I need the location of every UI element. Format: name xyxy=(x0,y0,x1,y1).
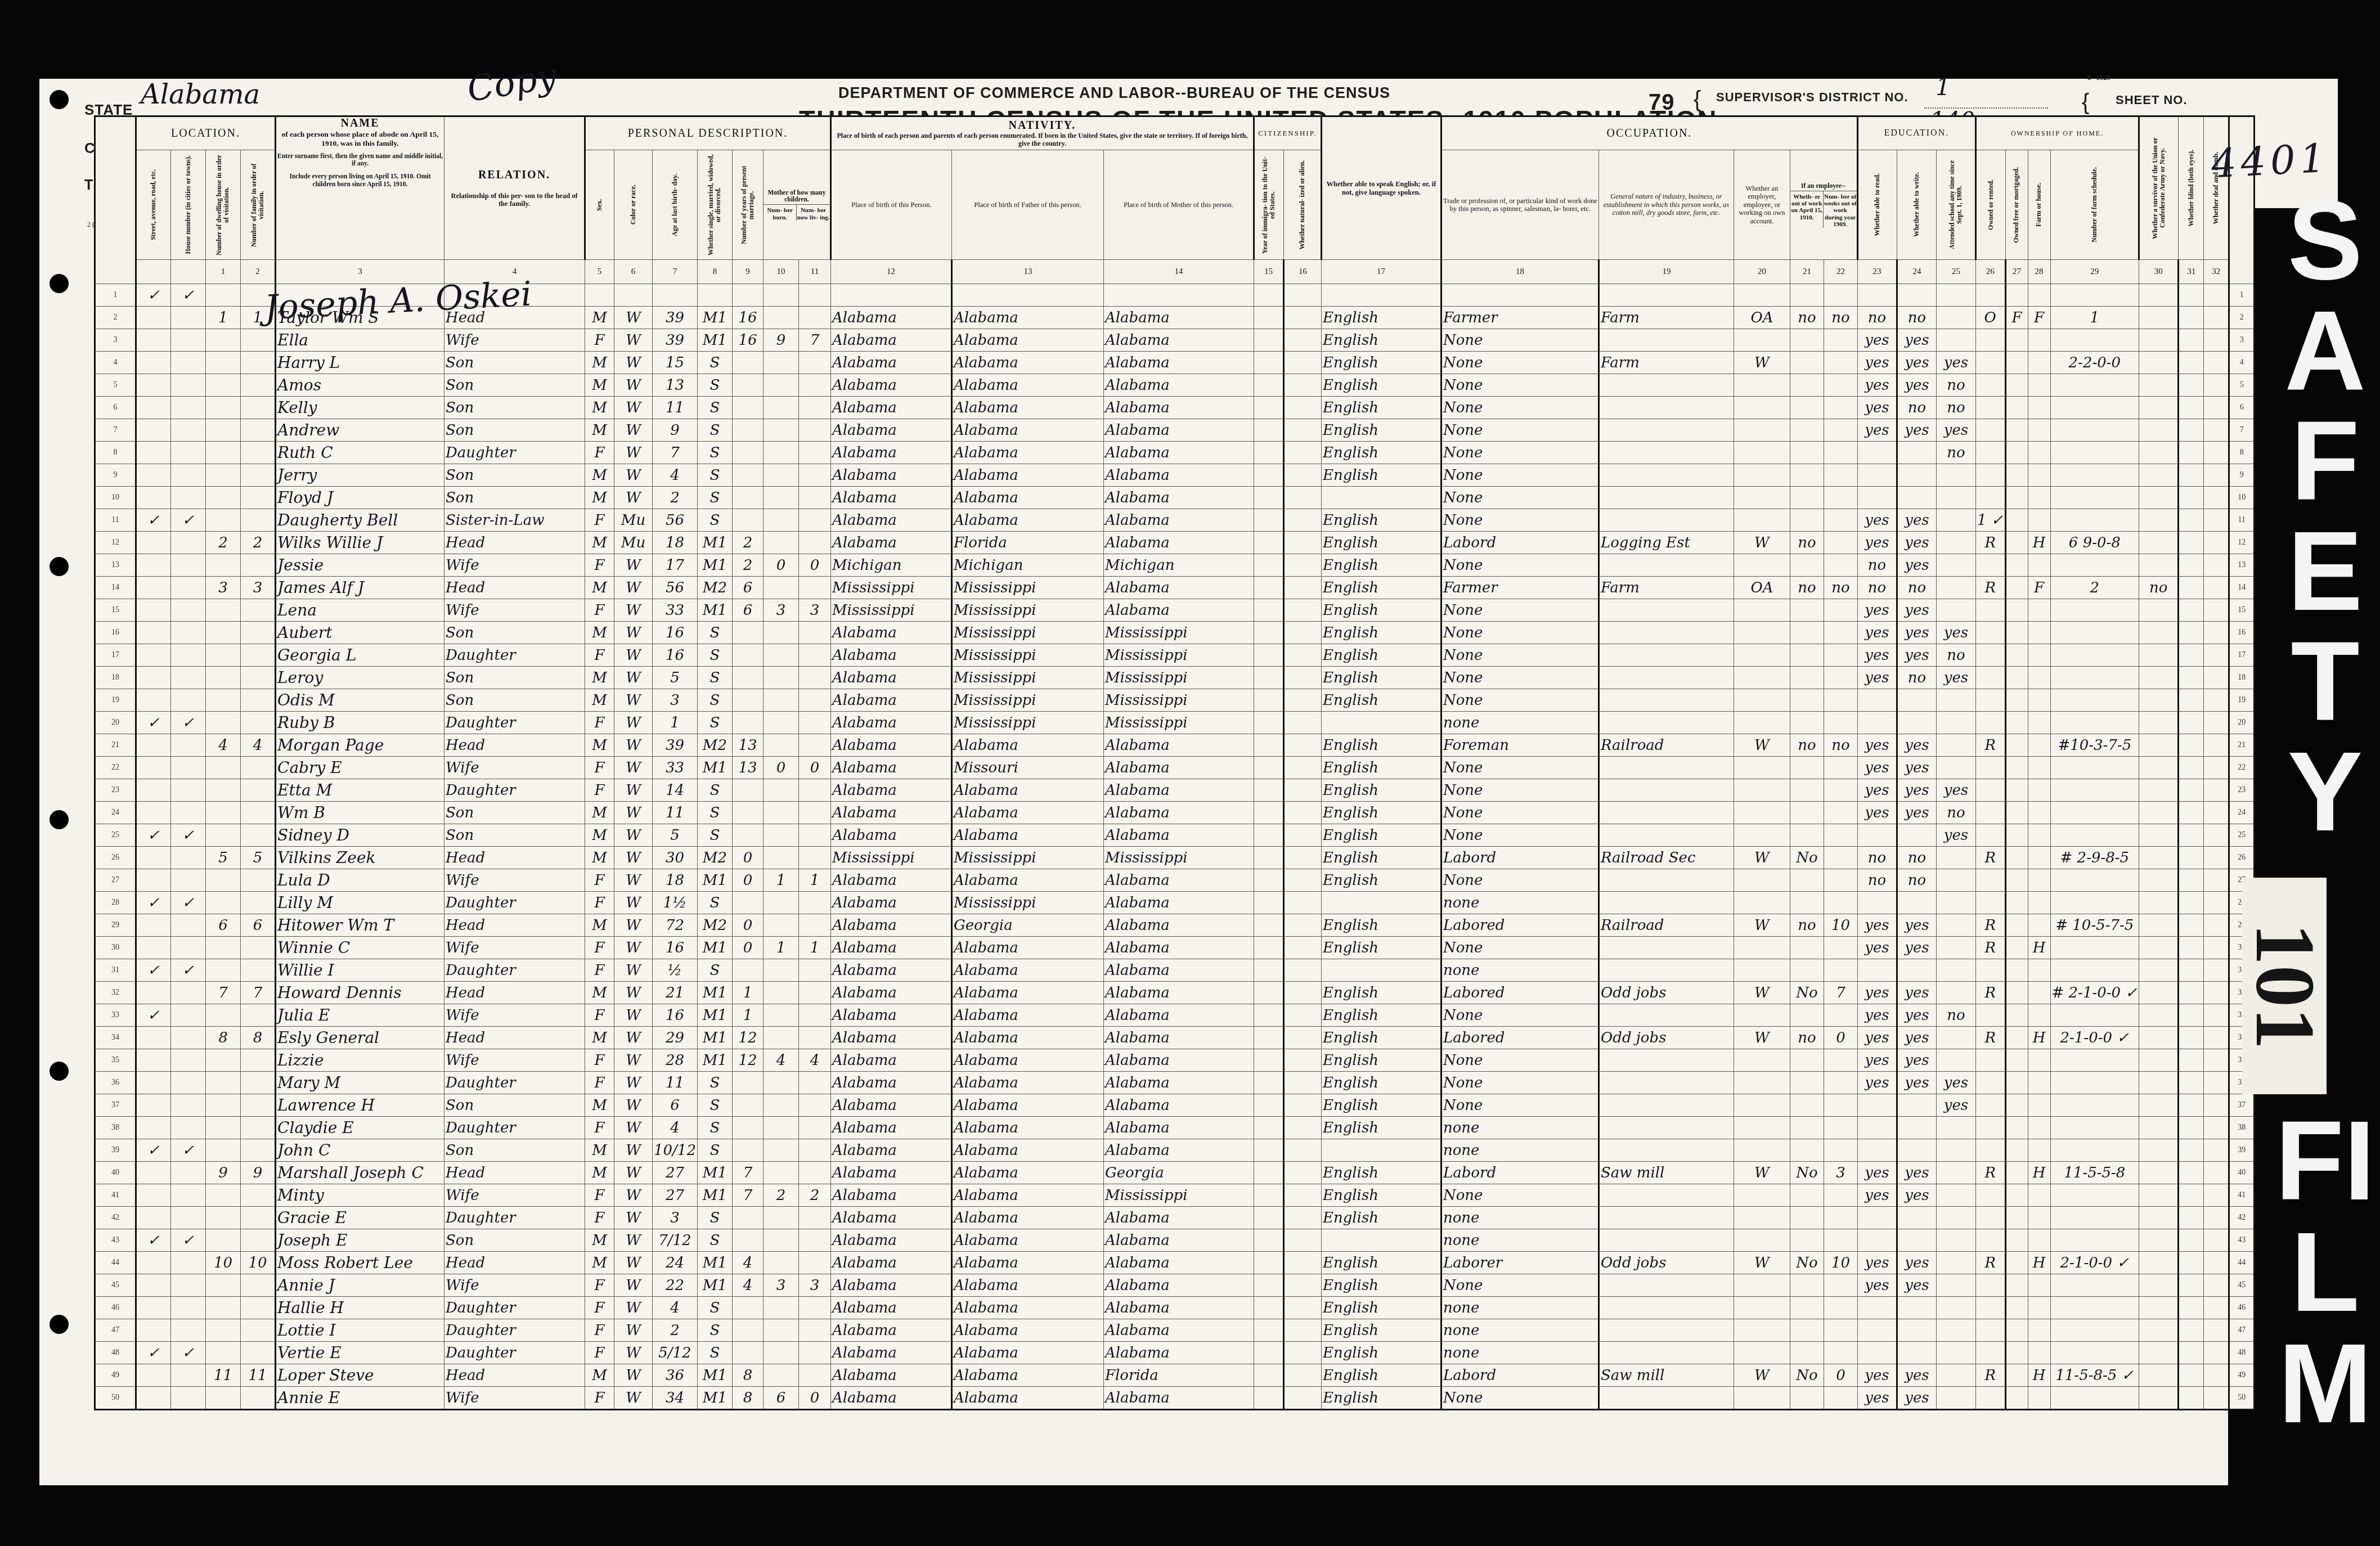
cell-ind: Odd jobs xyxy=(1598,982,1734,1004)
cell-write: no xyxy=(1897,847,1936,869)
cell-pobm: Alabama xyxy=(1103,374,1254,397)
cell-own xyxy=(1975,1004,2005,1027)
cell-ind xyxy=(1598,1342,1734,1364)
cell-sex: M xyxy=(585,982,614,1004)
cell-ind xyxy=(1598,689,1734,712)
cell-pob: Alabama xyxy=(830,914,951,937)
cell-free xyxy=(2005,779,2028,802)
cell-ind xyxy=(1598,1004,1734,1027)
cell-cl: 7 xyxy=(798,329,830,352)
cell-out xyxy=(1790,419,1824,442)
cell-dw: 5 xyxy=(206,847,241,869)
cell-own: R xyxy=(1975,982,2005,1004)
cell-blind xyxy=(2179,1004,2204,1027)
cell-yrs xyxy=(732,374,763,397)
cell-imm xyxy=(1254,1229,1283,1252)
cell-dw: 3 xyxy=(206,577,241,599)
cell-occ: none xyxy=(1441,1229,1598,1252)
cell-out xyxy=(1790,622,1824,644)
cell-deaf xyxy=(2204,667,2229,689)
cell-out xyxy=(1790,667,1824,689)
cell-age: 30 xyxy=(653,847,698,869)
cell-imm xyxy=(1254,959,1283,982)
cell-write xyxy=(1897,487,1936,509)
cell-age: 39 xyxy=(653,329,698,352)
cell-imm xyxy=(1254,622,1283,644)
cell-age: 11 xyxy=(653,1072,698,1094)
cell-free xyxy=(2005,622,2028,644)
cell-cl: 1 xyxy=(798,869,830,892)
cell-imm xyxy=(1254,329,1283,352)
cell-age: 13 xyxy=(653,374,698,397)
line-number-right: 21 xyxy=(2229,734,2255,757)
cell-lang xyxy=(1321,712,1441,734)
cell-rel: Son xyxy=(444,824,585,847)
cell-wks xyxy=(1824,667,1857,689)
cell-color: W xyxy=(614,914,653,937)
cell-street xyxy=(136,869,171,892)
cell-write xyxy=(1897,1229,1936,1252)
cell-write: yes xyxy=(1897,329,1936,352)
cell-free xyxy=(2005,689,2028,712)
cell-age: 7/12 xyxy=(653,1229,698,1252)
cell-cb xyxy=(763,1094,798,1117)
cell-wks xyxy=(1824,487,1857,509)
cell-ind xyxy=(1598,419,1734,442)
cell-fam xyxy=(241,712,276,734)
cell-mar: S xyxy=(697,802,732,824)
cell-nat xyxy=(1283,1162,1321,1184)
cell-pobf: Alabama xyxy=(951,1117,1103,1139)
cell-wks xyxy=(1824,352,1857,374)
cell-color: W xyxy=(614,1139,653,1162)
line-number-right: 50 xyxy=(2229,1387,2255,1410)
cell-lang: English xyxy=(1321,667,1441,689)
cell-occ: None xyxy=(1441,757,1598,779)
cell-house: ✓ xyxy=(171,1342,206,1364)
cell-free xyxy=(2005,869,2028,892)
cell-sex: F xyxy=(585,937,614,959)
cell-yrs: 8 xyxy=(732,1364,763,1387)
cell-cl xyxy=(798,464,830,487)
cell-rel: Daughter xyxy=(444,442,585,464)
cell-sched xyxy=(2050,1094,2139,1117)
cell-yrs xyxy=(732,1319,763,1342)
cell-yrs: 2 xyxy=(732,532,763,554)
cell-cb: 6 xyxy=(763,1387,798,1410)
cell-color: W xyxy=(614,1274,653,1297)
cell-pobf: Alabama xyxy=(951,374,1103,397)
cell-ind: Saw mill xyxy=(1598,1162,1734,1184)
column-number: 19 xyxy=(1598,260,1734,284)
cell-nat xyxy=(1283,1184,1321,1207)
cell-fam xyxy=(241,869,276,892)
cell-color: W xyxy=(614,307,653,329)
cell-dw xyxy=(206,1342,241,1364)
cell-sched xyxy=(2050,1139,2139,1162)
cell-dw xyxy=(206,487,241,509)
cell-cb xyxy=(763,397,798,419)
cell-mar: S xyxy=(697,644,732,667)
cell-nat xyxy=(1283,599,1321,622)
cell-dw: 1 xyxy=(206,307,241,329)
cell-ind xyxy=(1598,1387,1734,1410)
cell-street xyxy=(136,1297,171,1319)
cell-yrs xyxy=(732,802,763,824)
line-number-right: 41 xyxy=(2229,1184,2255,1207)
cell-age: 11 xyxy=(653,397,698,419)
cell-pob xyxy=(830,284,951,307)
line-number-right: 9 xyxy=(2229,464,2255,487)
cell-age: 56 xyxy=(653,509,698,532)
cell-color: W xyxy=(614,1072,653,1094)
cell-dw xyxy=(206,869,241,892)
trade-column-header: Trade or profession of, or particular ki… xyxy=(1441,150,1598,260)
cell-write: yes xyxy=(1897,1387,1936,1410)
cell-pob: Alabama xyxy=(830,419,951,442)
cell-lang: English xyxy=(1321,779,1441,802)
cell-occ: none xyxy=(1441,892,1598,914)
cell-house xyxy=(171,1184,206,1207)
cell-sch xyxy=(1936,577,1975,599)
cell-own xyxy=(1975,622,2005,644)
cell-pob: Mississippi xyxy=(830,599,951,622)
cell-sch xyxy=(1936,937,1975,959)
cell-pob: Alabama xyxy=(830,1319,951,1342)
cell-street xyxy=(136,1049,171,1072)
cell-fh xyxy=(2028,1094,2050,1117)
cell-blind xyxy=(2179,982,2204,1004)
cell-color: W xyxy=(614,1297,653,1319)
cell-wks xyxy=(1824,1117,1857,1139)
cell-cl xyxy=(798,982,830,1004)
cell-vet xyxy=(2139,1207,2179,1229)
cell-vet xyxy=(2139,644,2179,667)
cell-sex: F xyxy=(585,442,614,464)
cell-pob: Alabama xyxy=(830,892,951,914)
cell-free xyxy=(2005,487,2028,509)
cell-out xyxy=(1790,689,1824,712)
cell-rel: Wife xyxy=(444,757,585,779)
cell-cb xyxy=(763,1342,798,1364)
cell-vet xyxy=(2139,937,2179,959)
cell-wks xyxy=(1824,1387,1857,1410)
cell-cb xyxy=(763,352,798,374)
cell-free xyxy=(2005,1117,2028,1139)
cell-free xyxy=(2005,599,2028,622)
cell-emp: W xyxy=(1734,734,1790,757)
cell-wks xyxy=(1824,802,1857,824)
cell-imm xyxy=(1254,374,1283,397)
line-number-right: 38 xyxy=(2229,1117,2255,1139)
cell-vet xyxy=(2139,352,2179,374)
cell-yrs xyxy=(732,1117,763,1139)
cell-pob: Alabama xyxy=(830,442,951,464)
supervisor-district-value: 1 xyxy=(1936,73,1951,101)
cell-pob: Alabama xyxy=(830,802,951,824)
cell-pob: Alabama xyxy=(830,689,951,712)
cell-wks xyxy=(1824,1049,1857,1072)
cell-rel: Daughter xyxy=(444,1297,585,1319)
cell-wks xyxy=(1824,374,1857,397)
cell-cl xyxy=(798,914,830,937)
cell-free xyxy=(2005,1184,2028,1207)
cell-out xyxy=(1790,1319,1824,1342)
table-row: 30Winnie CWifeFW16M1011AlabamaAlabamaAla… xyxy=(95,937,2255,959)
cell-rel: Head xyxy=(444,1252,585,1274)
cell-pobf: Alabama xyxy=(951,464,1103,487)
cell-color: W xyxy=(614,419,653,442)
cell-free xyxy=(2005,577,2028,599)
cell-pob: Alabama xyxy=(830,824,951,847)
cell-dw xyxy=(206,1207,241,1229)
cell-read xyxy=(1857,712,1897,734)
cell-read xyxy=(1857,1207,1897,1229)
cell-mar: M1 xyxy=(697,1004,732,1027)
cell-house xyxy=(171,487,206,509)
cell-mar: M1 xyxy=(697,937,732,959)
line-number-right: 23 xyxy=(2229,779,2255,802)
cell-imm xyxy=(1254,689,1283,712)
cell-yrs: 7 xyxy=(732,1162,763,1184)
cell-own xyxy=(1975,1139,2005,1162)
cell-house xyxy=(171,937,206,959)
cell-name: Hallie H xyxy=(276,1297,444,1319)
cell-pobf: Alabama xyxy=(951,1072,1103,1094)
cell-age: 16 xyxy=(653,1004,698,1027)
cell-ind xyxy=(1598,824,1734,847)
cell-name: Georgia L xyxy=(276,644,444,667)
cell-sch xyxy=(1936,1027,1975,1049)
cell-rel: Son xyxy=(444,419,585,442)
cell-cl xyxy=(798,1364,830,1387)
cell-pob: Alabama xyxy=(830,1229,951,1252)
line-number: 3 xyxy=(95,329,136,352)
cell-color: W xyxy=(614,1184,653,1207)
cell-sched xyxy=(2050,442,2139,464)
cell-sch: yes xyxy=(1936,419,1975,442)
cell-sch: no xyxy=(1936,374,1975,397)
cell-yrs xyxy=(732,892,763,914)
cell-color: W xyxy=(614,802,653,824)
cell-fam xyxy=(241,1297,276,1319)
line-number-right: 4 xyxy=(2229,352,2255,374)
cell-pobm: Alabama xyxy=(1103,982,1254,1004)
table-row: 17Georgia LDaughterFW16SAlabamaMississip… xyxy=(95,644,2255,667)
cell-cl: 3 xyxy=(798,1274,830,1297)
cell-sch xyxy=(1936,959,1975,982)
cell-ind xyxy=(1598,442,1734,464)
table-row: 3277Howard DennisHeadMW21M11AlabamaAlaba… xyxy=(95,982,2255,1004)
cell-sex: F xyxy=(585,1274,614,1297)
cell-rel: Daughter xyxy=(444,959,585,982)
cell-sex: M xyxy=(585,1364,614,1387)
cell-house xyxy=(171,644,206,667)
cell-lang: English xyxy=(1321,554,1441,577)
cell-rel: Daughter xyxy=(444,1342,585,1364)
cell-write: yes xyxy=(1897,374,1936,397)
write-column-header: Whether able to write. xyxy=(1897,150,1936,260)
cell-rel: Son xyxy=(444,667,585,689)
cell-blind xyxy=(2179,509,2204,532)
cell-sex: M xyxy=(585,734,614,757)
table-row: 4099Marshall Joseph CHeadMW27M17AlabamaA… xyxy=(95,1162,2255,1184)
cell-pob: Alabama xyxy=(830,397,951,419)
cell-out xyxy=(1790,464,1824,487)
cell-mar: S xyxy=(697,1297,732,1319)
cell-cl xyxy=(798,307,830,329)
language-column-header: Whether able to speak English; or, if no… xyxy=(1321,116,1441,260)
cell-blind xyxy=(2179,1139,2204,1162)
cell-cl xyxy=(798,487,830,509)
cell-vet xyxy=(2139,397,2179,419)
cell-read xyxy=(1857,1094,1897,1117)
cell-pobm: Alabama xyxy=(1103,779,1254,802)
line-number: 12 xyxy=(95,532,136,554)
cell-occ: None xyxy=(1441,397,1598,419)
cell-house xyxy=(171,802,206,824)
cell-imm xyxy=(1254,1004,1283,1027)
cell-imm xyxy=(1254,1342,1283,1364)
cell-read: no xyxy=(1857,847,1897,869)
cell-ind xyxy=(1598,712,1734,734)
cell-cb xyxy=(763,914,798,937)
cell-cl: 2 xyxy=(798,1184,830,1207)
cell-street xyxy=(136,1274,171,1297)
cell-mar: M1 xyxy=(697,329,732,352)
cell-cb xyxy=(763,442,798,464)
cell-color: W xyxy=(614,779,653,802)
cell-free xyxy=(2005,554,2028,577)
cell-street xyxy=(136,329,171,352)
cell-rel: Head xyxy=(444,1364,585,1387)
cell-sched xyxy=(2050,644,2139,667)
cell-ind xyxy=(1598,1184,1734,1207)
cell-occ: Laborer xyxy=(1441,1252,1598,1274)
cell-read xyxy=(1857,1117,1897,1139)
cell-cl xyxy=(798,1229,830,1252)
cell-imm xyxy=(1254,1387,1283,1410)
cell-pobm: Alabama xyxy=(1103,1229,1254,1252)
cell-cb xyxy=(763,802,798,824)
cell-rel: Wife xyxy=(444,599,585,622)
cell-imm xyxy=(1254,352,1283,374)
cell-cb xyxy=(763,1229,798,1252)
cell-pobm: Alabama xyxy=(1103,464,1254,487)
cell-lang: English xyxy=(1321,599,1441,622)
line-number-right: 37 xyxy=(2229,1094,2255,1117)
cell-sex: F xyxy=(585,869,614,892)
cell-nat xyxy=(1283,937,1321,959)
cell-dw: 6 xyxy=(206,914,241,937)
cell-pobm: Alabama xyxy=(1103,1387,1254,1410)
cell-blind xyxy=(2179,307,2204,329)
cell-dw xyxy=(206,757,241,779)
cell-dw xyxy=(206,667,241,689)
line-number: 23 xyxy=(95,779,136,802)
cell-nat xyxy=(1283,374,1321,397)
cell-house xyxy=(171,442,206,464)
if-employee-header: If an employee-- Wheth- er out of work o… xyxy=(1790,150,1857,260)
cell-deaf xyxy=(2204,959,2229,982)
cell-own: R xyxy=(1975,577,2005,599)
cell-sex: M xyxy=(585,532,614,554)
cell-cb xyxy=(763,644,798,667)
cell-vet xyxy=(2139,419,2179,442)
cell-occ: Labored xyxy=(1441,982,1598,1004)
cell-cl xyxy=(798,1139,830,1162)
farm-house-column-header: Farm or house. xyxy=(2028,150,2050,260)
cell-age: 4 xyxy=(653,1117,698,1139)
cell-read: yes xyxy=(1857,982,1897,1004)
cell-cb xyxy=(763,1004,798,1027)
cell-sched xyxy=(2050,622,2139,644)
cell-sch xyxy=(1936,329,1975,352)
cell-age: 39 xyxy=(653,734,698,757)
cell-rel: Son xyxy=(444,487,585,509)
cell-pob: Alabama xyxy=(830,779,951,802)
cell-free xyxy=(2005,847,2028,869)
cell-lang xyxy=(1321,959,1441,982)
cell-sch: no xyxy=(1936,1004,1975,1027)
cell-read: yes xyxy=(1857,1049,1897,1072)
cell-occ: None xyxy=(1441,667,1598,689)
cell-out: no xyxy=(1790,1027,1824,1049)
cell-write: yes xyxy=(1897,1184,1936,1207)
cell-color: W xyxy=(614,712,653,734)
cell-free xyxy=(2005,982,2028,1004)
line-number-right: 7 xyxy=(2229,419,2255,442)
cell-name: Morgan Page xyxy=(276,734,444,757)
cell-fam xyxy=(241,442,276,464)
cell-yrs xyxy=(732,352,763,374)
cell-sch xyxy=(1936,307,1975,329)
cell-age: 14 xyxy=(653,779,698,802)
cell-deaf xyxy=(2204,1229,2229,1252)
farm-schedule-column-header: Number of farm schedule. xyxy=(2050,150,2139,260)
cell-cl xyxy=(798,622,830,644)
cell-yrs xyxy=(732,689,763,712)
cell-sched xyxy=(2050,374,2139,397)
cell-rel: Daughter xyxy=(444,779,585,802)
cell-yrs: 0 xyxy=(732,847,763,869)
cell-name: Ruth C xyxy=(276,442,444,464)
cell-vet xyxy=(2139,757,2179,779)
cell-free xyxy=(2005,644,2028,667)
cell-write: yes xyxy=(1897,1004,1936,1027)
cell-nat xyxy=(1283,982,1321,1004)
cell-out xyxy=(1790,1297,1824,1319)
department-line: DEPARTMENT OF COMMERCE AND LABOR--BUREAU… xyxy=(838,84,1390,102)
cell-cb xyxy=(763,689,798,712)
cell-sch xyxy=(1936,1274,1975,1297)
cell-write: no xyxy=(1897,397,1936,419)
cell-pob: Alabama xyxy=(830,622,951,644)
cell-fam: 7 xyxy=(241,982,276,1004)
cell-cl xyxy=(798,532,830,554)
cell-sch xyxy=(1936,1342,1975,1364)
cell-wks: no xyxy=(1824,307,1857,329)
cell-out: No xyxy=(1790,1364,1824,1387)
cell-age: 24 xyxy=(653,1252,698,1274)
cell-rel: Head xyxy=(444,914,585,937)
cell-own: R xyxy=(1975,532,2005,554)
cell-write xyxy=(1897,712,1936,734)
cell-yrs xyxy=(732,397,763,419)
cell-pobm: Alabama xyxy=(1103,869,1254,892)
cell-blind xyxy=(2179,1342,2204,1364)
cell-vet xyxy=(2139,1162,2179,1184)
